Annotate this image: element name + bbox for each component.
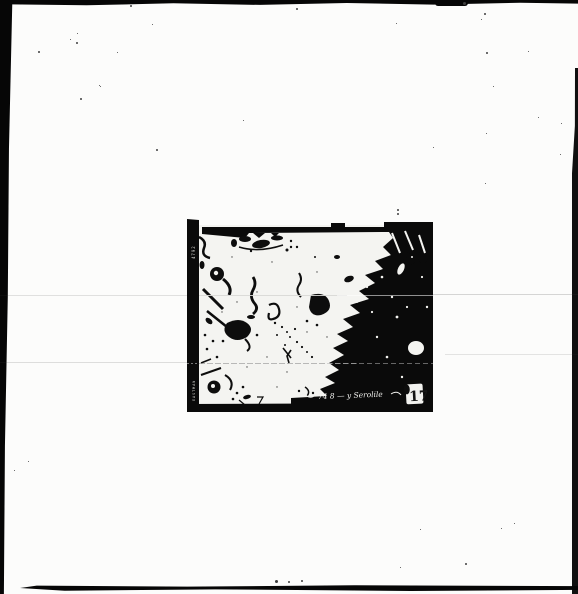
dust-speck bbox=[117, 52, 118, 53]
dust-speck bbox=[538, 117, 539, 118]
dust-speck bbox=[400, 567, 401, 568]
dust-speck bbox=[560, 154, 561, 155]
photograph: 4792 EASTMAN 74 8 — y Serolile 17 bbox=[187, 217, 433, 412]
dust-speck bbox=[301, 580, 303, 582]
film-edge-marking-top: 4792 bbox=[191, 245, 196, 259]
corner-number: 17 bbox=[409, 388, 429, 405]
dust-speck bbox=[433, 147, 434, 148]
film-edge-marking-bottom: EASTMAN bbox=[192, 380, 196, 401]
dust-speck bbox=[463, 2, 466, 5]
dust-speck bbox=[396, 23, 397, 24]
dust-speck bbox=[28, 461, 29, 462]
dust-speck bbox=[484, 13, 486, 15]
dust-speck bbox=[486, 52, 488, 54]
dust-speck bbox=[397, 209, 399, 211]
dust-speck bbox=[76, 42, 78, 44]
dust-speck bbox=[397, 213, 399, 215]
scan-edge-right bbox=[572, 68, 578, 594]
dust-speck bbox=[80, 98, 82, 100]
fold-line-upper-left bbox=[0, 295, 187, 296]
dust-speck bbox=[77, 33, 78, 34]
dust-speck bbox=[70, 39, 71, 40]
photo-canvas: 4792 EASTMAN 74 8 — y Serolile 17 bbox=[187, 217, 433, 412]
dust-speck bbox=[296, 8, 298, 10]
scan-edge-left bbox=[0, 0, 13, 594]
dust-speck bbox=[420, 529, 421, 530]
dust-speck bbox=[38, 51, 40, 53]
scan-edge-bottom bbox=[20, 585, 578, 591]
dust-speck bbox=[152, 24, 153, 25]
dust-speck bbox=[156, 149, 158, 151]
scan-edge-top bbox=[0, 0, 578, 6]
dust-speck bbox=[485, 183, 486, 184]
fold-line-lower-right bbox=[445, 354, 578, 355]
dust-speck bbox=[130, 5, 132, 7]
dust-speck bbox=[14, 470, 15, 471]
scanned-page: 4792 EASTMAN 74 8 — y Serolile 17 bbox=[0, 0, 578, 594]
dust-speck bbox=[275, 580, 278, 583]
dust-speck bbox=[481, 19, 482, 20]
dust-speck bbox=[486, 133, 487, 134]
dust-speck bbox=[465, 563, 467, 565]
fold-line-lower-left bbox=[0, 362, 187, 363]
dust-speck bbox=[100, 86, 101, 87]
fold-line-upper-right bbox=[433, 294, 578, 295]
dust-speck bbox=[528, 51, 529, 52]
dust-speck bbox=[561, 123, 562, 124]
dust-speck bbox=[288, 581, 290, 583]
dust-speck bbox=[243, 120, 244, 121]
dust-speck bbox=[501, 528, 502, 529]
dust-speck bbox=[514, 523, 515, 524]
dust-speck bbox=[493, 86, 494, 87]
